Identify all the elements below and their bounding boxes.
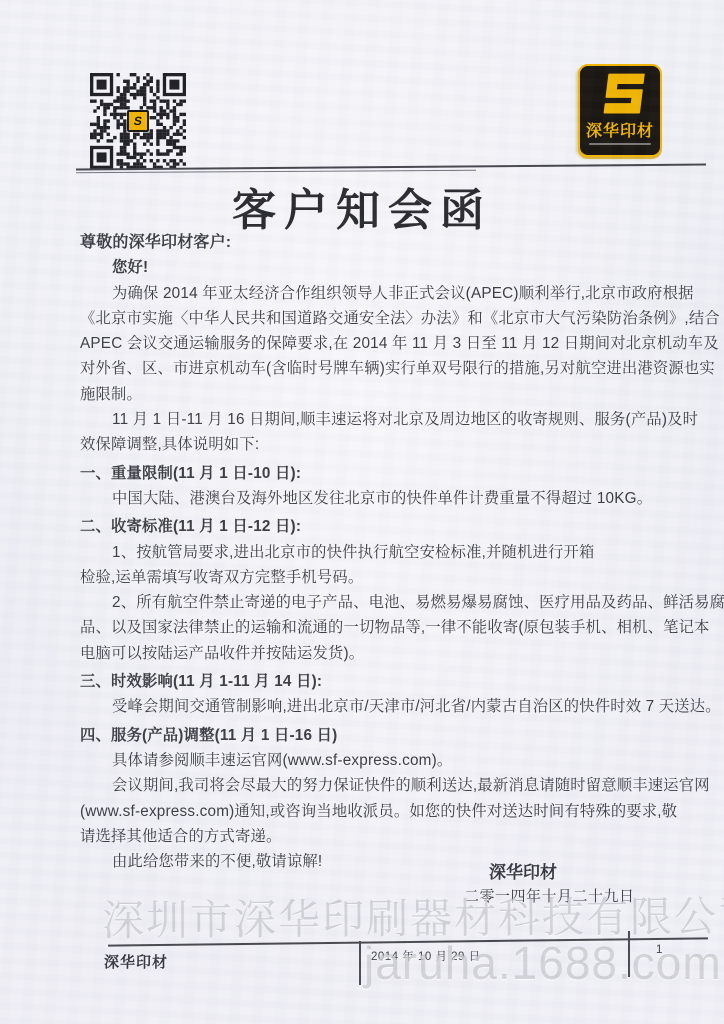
letter-line: 会议期间,我司将会尽最大的努力保证快件的顺利送达,最新消息请随时留意顺丰速运官网: [80, 773, 668, 798]
watermark-site: jaruha.1688.com: [364, 936, 722, 990]
letter-line: 三、时效影响(11 月 1-11 月 14 日):: [80, 669, 668, 694]
letter-line: 效保障调整,具体说明如下:: [80, 432, 668, 457]
letter-line: 施限制。: [80, 382, 668, 407]
header-divider-secondary: [76, 170, 476, 173]
brand-logo-text: 深华印材: [586, 123, 654, 140]
scanned-letter-page: S 深华印材 客户知会函 尊敬的深华印材客户:您好!为确保 2014 年亚太经济…: [0, 0, 724, 1024]
signature-company: 深华印材: [489, 858, 557, 883]
letter-line: (www.sf-express.com)通知,或咨询当地收派员。如您的快件对送达…: [80, 799, 668, 824]
letter-line: 中国大陆、港澳台及海外地区发往北京市的快件单件计费重量不得超过 10KG。: [80, 486, 668, 511]
letter-line: 一、重量限制(11 月 1 日-10 日):: [80, 461, 668, 486]
letter-line: 请选择其他适合的方式寄递。: [80, 824, 668, 849]
letter-line: APEC 会议交通运输服务的保障要求,在 2014 年 11 月 3 日至 11…: [80, 331, 668, 356]
brand-logo: 深华印材: [578, 64, 662, 157]
letter-line: 电脑可以按陆运产品收件并按陆运发货)。: [80, 641, 668, 666]
letter-line: 尊敬的深华印材客户:: [80, 230, 668, 255]
letter-line: 由此给您带来的不便,敬请谅解!: [80, 849, 668, 874]
letter-line: 受峰会期间交通管制影响,进出北京市/天津市/河北省/内蒙古自治区的快件时效 7 …: [80, 694, 668, 719]
letter-line: 为确保 2014 年亚太经济合作组织领导人非正式会议(APEC)顺利举行,北京市…: [80, 281, 668, 306]
letter-line: 二、收寄标准(11 月 1 日-12 日):: [80, 514, 668, 539]
letter-line: 1、按航管局要求,进出北京市的快件执行航空安检标准,并随机进行开箱: [80, 540, 668, 565]
letter-line: 《北京市实施〈中华人民共和国道路交通安全法〉办法》和《北京市大气污染防治条例》,…: [80, 306, 668, 331]
letter-line: 对外省、区、市进京机动车(含临时号牌车辆)实行单双号限行的措施,另对航空进出港资…: [80, 356, 668, 381]
letter-line: 具体请参阅顺丰速运官网(www.sf-express.com)。: [80, 748, 668, 773]
letter-body: 尊敬的深华印材客户:您好!为确保 2014 年亚太经济合作组织领导人非正式会议(…: [80, 230, 668, 874]
s-mark-icon: [592, 71, 648, 123]
brand-logo-subtext-line: [589, 143, 651, 145]
letter-line: 四、服务(产品)调整(11 月 1 日-16 日): [80, 723, 668, 748]
letter-line: 品、以及国家法律禁止的运输和流通的一切物品等,一律不能收寄(原包装手机、相机、笔…: [80, 615, 668, 640]
letter-line: 检验,运单需填写收寄双方完整手机号码。: [80, 565, 668, 590]
qr-center-logo-icon: S: [127, 110, 149, 132]
letter-line: 11 月 1 日-11 月 16 日期间,顺丰速运将对北京及周边地区的收寄规则、…: [80, 407, 668, 432]
footer-column-tick: [359, 941, 361, 985]
qr-code: S: [90, 73, 186, 169]
letter-line: 2、所有航空件禁止寄递的电子产品、电池、易燃易爆易腐蚀、医疗用品及药品、鲜活易腐…: [80, 590, 668, 615]
letter-title: 客户知会函: [0, 174, 724, 238]
footer-company: 深华印材: [104, 951, 168, 972]
letter-line: 您好!: [80, 255, 668, 280]
